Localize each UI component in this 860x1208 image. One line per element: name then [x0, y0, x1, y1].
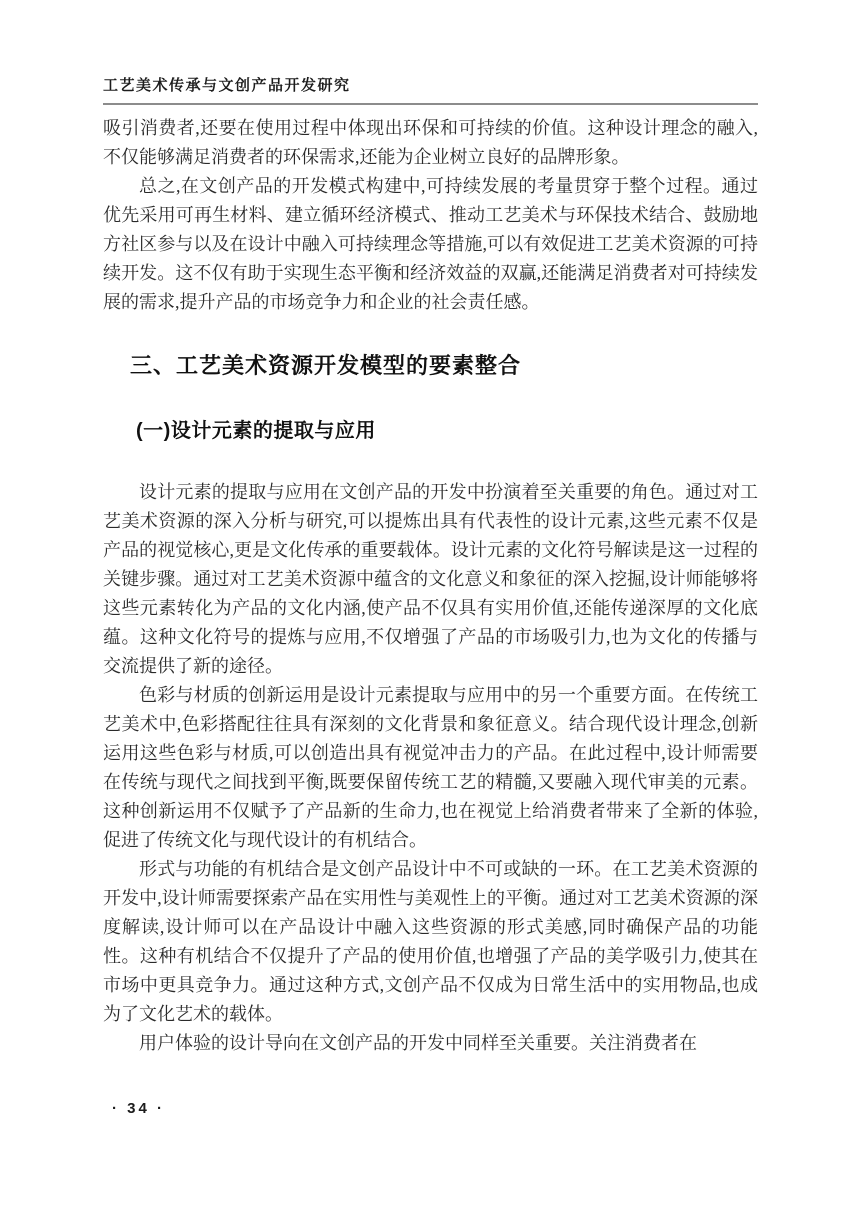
header-rule-divider — [103, 103, 758, 105]
paragraph-user-experience: 用户体验的设计导向在文创产品的开发中同样至关重要。关注消费者在 — [103, 1029, 758, 1058]
paragraph-design-elements: 设计元素的提取与应用在文创产品的开发中扮演着至关重要的角色。通过对工艺美术资源的… — [103, 478, 758, 681]
page-content: 吸引消费者,还要在使用过程中体现出环保和可持续的价值。这种设计理念的融入,不仅能… — [103, 114, 758, 1058]
section-heading: 三、工艺美术资源开发模型的要素整合 — [130, 350, 758, 382]
subsection-heading: (一)设计元素的提取与应用 — [136, 417, 758, 445]
paragraph-summary: 总之,在文创产品的开发模式构建中,可持续发展的考量贯穿于整个过程。通过优先采用可… — [103, 172, 758, 317]
page-number: · 34 · — [112, 1100, 165, 1117]
document-page: 工艺美术传承与文创产品开发研究 吸引消费者,还要在使用过程中体现出环保和可持续的… — [0, 0, 860, 1208]
paragraph-continuation: 吸引消费者,还要在使用过程中体现出环保和可持续的价值。这种设计理念的融入,不仅能… — [103, 114, 758, 172]
paragraph-color-material: 色彩与材质的创新运用是设计元素提取与应用中的另一个重要方面。在传统工艺美术中,色… — [103, 681, 758, 855]
running-header: 工艺美术传承与文创产品开发研究 — [103, 78, 758, 105]
paragraph-form-function: 形式与功能的有机结合是文创产品设计中不可或缺的一环。在工艺美术资源的开发中,设计… — [103, 855, 758, 1029]
running-header-title: 工艺美术传承与文创产品开发研究 — [103, 78, 758, 94]
